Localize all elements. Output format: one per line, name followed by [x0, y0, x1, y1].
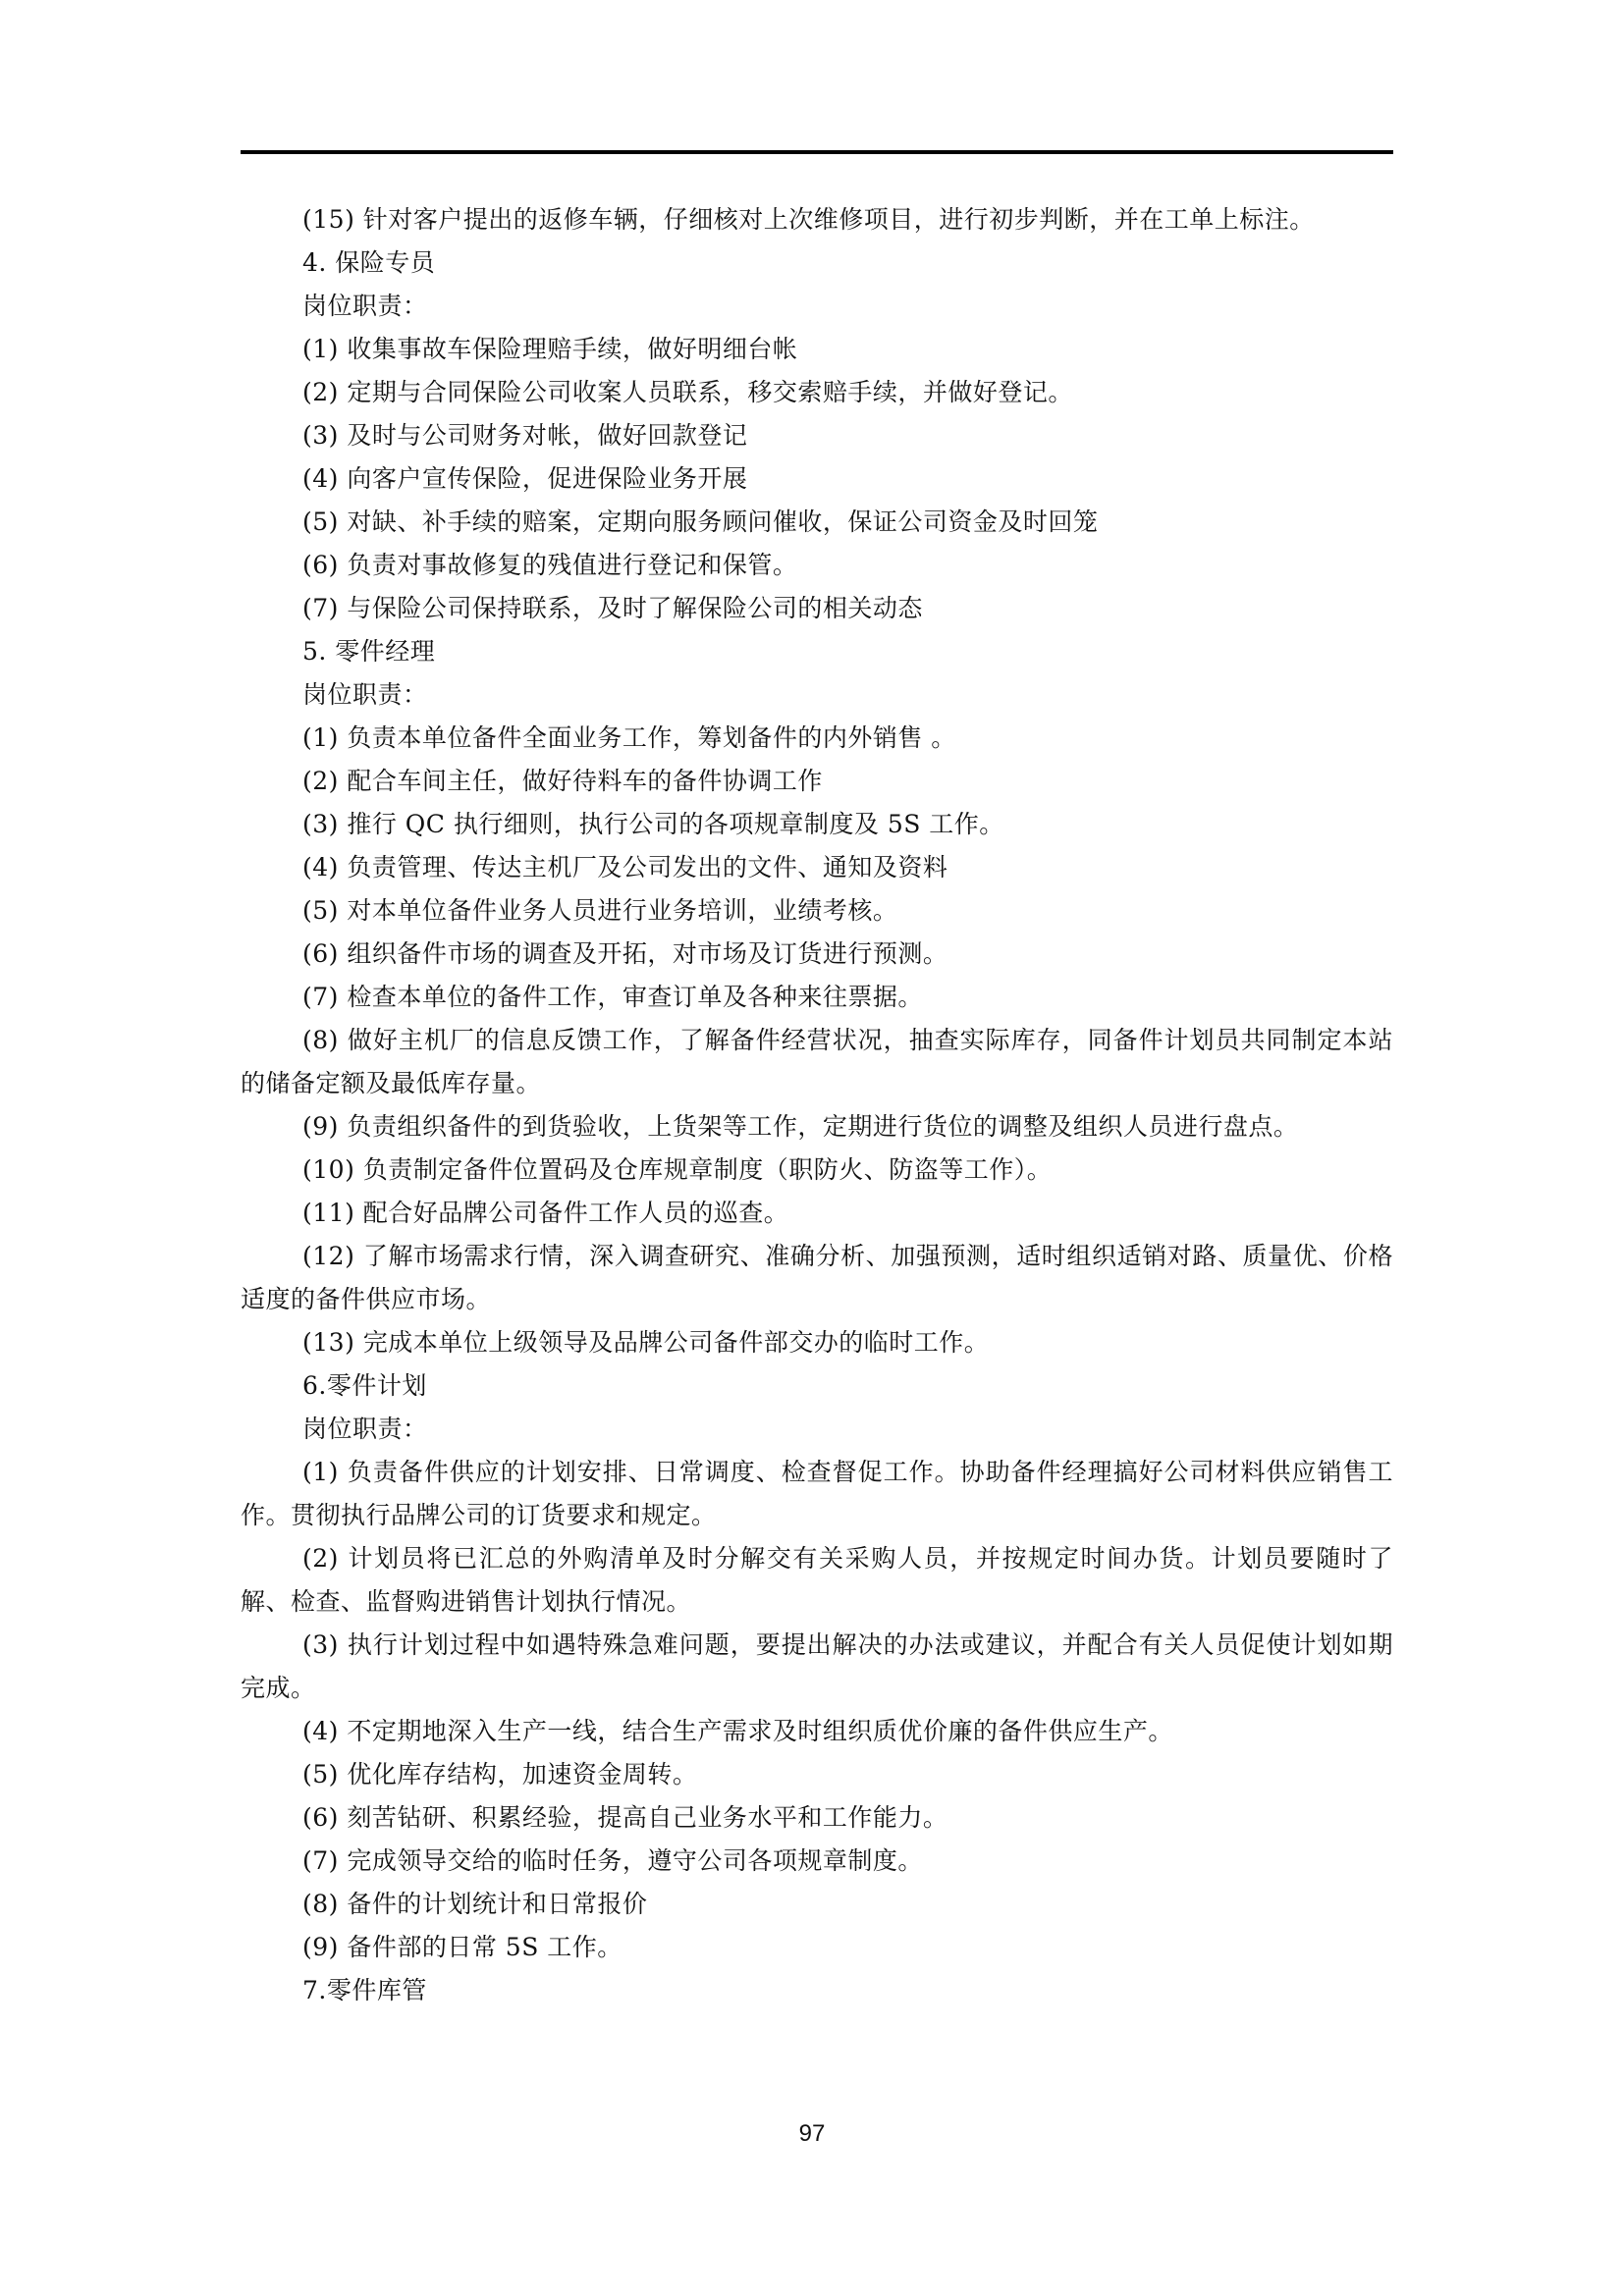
paragraph: (8) 做好主机厂的信息反馈工作，了解备件经营状况，抽查实际库存，同备件计划员共…	[241, 1019, 1393, 1105]
section-heading-parts-warehouse: 7.零件库管	[241, 1969, 1393, 2012]
paragraph: (7) 完成领导交给的临时任务，遵守公司各项规章制度。	[241, 1840, 1393, 1883]
paragraph: (8) 备件的计划统计和日常报价	[241, 1883, 1393, 1926]
body-text: (15) 针对客户提出的返修车辆，仔细核对上次维修项目，进行初步判断，并在工单上…	[241, 198, 1393, 2012]
paragraph: (9) 备件部的日常 5S 工作。	[241, 1926, 1393, 1969]
duties-label: 岗位职责：	[241, 285, 1393, 328]
paragraph: (3) 及时与公司财务对帐，做好回款登记	[241, 414, 1393, 457]
paragraph: (2) 配合车间主任，做好待料车的备件协调工作	[241, 760, 1393, 803]
paragraph: (12) 了解市场需求行情，深入调查研究、准确分析、加强预测，适时组织适销对路、…	[241, 1235, 1393, 1321]
paragraph: (13) 完成本单位上级领导及品牌公司备件部交办的临时工作。	[241, 1321, 1393, 1364]
paragraph: (9) 负责组织备件的到货验收，上货架等工作，定期进行货位的调整及组织人员进行盘…	[241, 1105, 1393, 1148]
paragraph: (5) 对缺、补手续的赔案，定期向服务顾问催收，保证公司资金及时回笼	[241, 501, 1393, 544]
duties-label: 岗位职责：	[241, 1408, 1393, 1451]
section-heading-insurance-specialist: 4. 保险专员	[241, 241, 1393, 285]
paragraph: (1) 负责本单位备件全面业务工作，筹划备件的内外销售 。	[241, 717, 1393, 760]
page-number: 97	[0, 2120, 1624, 2148]
section-heading-parts-manager: 5. 零件经理	[241, 630, 1393, 673]
duties-label: 岗位职责：	[241, 673, 1393, 717]
paragraph: (4) 不定期地深入生产一线，结合生产需求及时组织质优价廉的备件供应生产。	[241, 1710, 1393, 1753]
paragraph: (3) 推行 QC 执行细则，执行公司的各项规章制度及 5S 工作。	[241, 803, 1393, 846]
header-rule	[241, 150, 1393, 154]
paragraph: (5) 对本单位备件业务人员进行业务培训，业绩考核。	[241, 889, 1393, 933]
paragraph: (1) 负责备件供应的计划安排、日常调度、检查督促工作。协助备件经理搞好公司材料…	[241, 1451, 1393, 1537]
paragraph: (1) 收集事故车保险理赔手续，做好明细台帐	[241, 328, 1393, 371]
paragraph: (11) 配合好品牌公司备件工作人员的巡查。	[241, 1192, 1393, 1235]
document-page: (15) 针对客户提出的返修车辆，仔细核对上次维修项目，进行初步判断，并在工单上…	[0, 0, 1624, 2296]
paragraph: (6) 刻苦钻研、积累经验，提高自己业务水平和工作能力。	[241, 1796, 1393, 1840]
paragraph: (4) 向客户宣传保险，促进保险业务开展	[241, 457, 1393, 501]
paragraph: (6) 组织备件市场的调查及开拓，对市场及订货进行预测。	[241, 933, 1393, 976]
paragraph: (7) 检查本单位的备件工作，审查订单及各种来往票据。	[241, 976, 1393, 1019]
paragraph: (2) 计划员将已汇总的外购清单及时分解交有关采购人员，并按规定时间办货。计划员…	[241, 1537, 1393, 1624]
paragraph: (10) 负责制定备件位置码及仓库规章制度（职防火、防盗等工作）。	[241, 1148, 1393, 1192]
section-heading-parts-planning: 6.零件计划	[241, 1364, 1393, 1408]
paragraph: (2) 定期与合同保险公司收案人员联系，移交索赔手续，并做好登记。	[241, 371, 1393, 414]
paragraph: (4) 负责管理、传达主机厂及公司发出的文件、通知及资料	[241, 846, 1393, 889]
paragraph: (7) 与保险公司保持联系，及时了解保险公司的相关动态	[241, 587, 1393, 630]
paragraph: (5) 优化库存结构，加速资金周转。	[241, 1753, 1393, 1796]
paragraph: (6) 负责对事故修复的残值进行登记和保管。	[241, 544, 1393, 587]
paragraph: (15) 针对客户提出的返修车辆，仔细核对上次维修项目，进行初步判断，并在工单上…	[241, 198, 1393, 241]
paragraph: (3) 执行计划过程中如遇特殊急难问题，要提出解决的办法或建议，并配合有关人员促…	[241, 1624, 1393, 1710]
